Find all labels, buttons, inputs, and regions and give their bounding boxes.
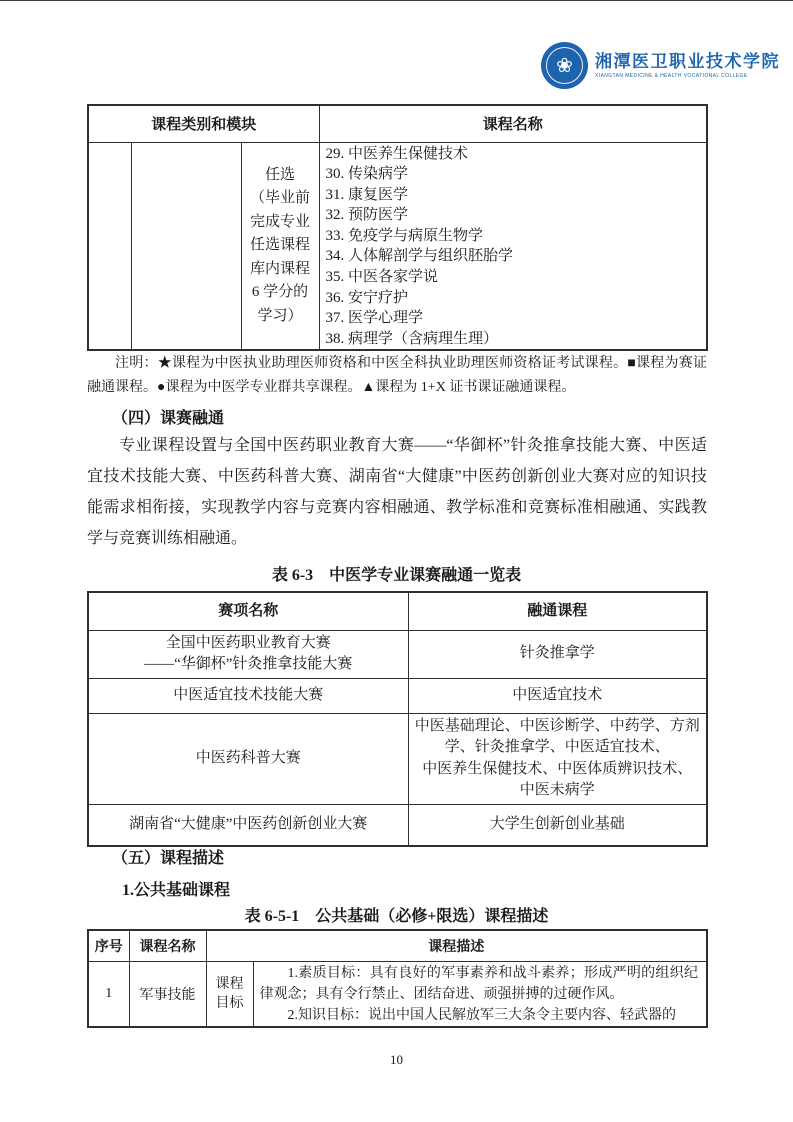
course-item: 32. 预防医学: [326, 205, 703, 226]
table-6-3-wrap: 赛项名称 融通课程 全国中医药职业教育大赛 ——“华御杯”针灸推拿技能大赛 针灸…: [87, 591, 708, 847]
table-row: 中医药科普大赛 中医基础理论、中医诊断学、中药学、方剂 学、针灸推拿学、中医适宜…: [88, 713, 707, 804]
header-event-name: 赛项名称: [88, 592, 408, 630]
table-6-5-1-caption: 表 6-5-1 公共基础（必修+限选）课程描述: [87, 903, 706, 926]
course-cell: 中医基础理论、中医诊断学、中药学、方剂 学、针灸推拿学、中医适宜技术、 中医养生…: [408, 713, 707, 804]
header-course-category: 课程类别和模块: [88, 105, 319, 142]
course-cell: 中医适宜技术: [408, 678, 707, 713]
empty-category-cell: [88, 142, 131, 350]
header-serial: 序号: [88, 930, 129, 961]
course-item: 31. 康复医学: [326, 185, 703, 206]
logo-title: 湘潭医卫职业技术学院: [595, 52, 780, 72]
section-heading-4: （四）课赛融通: [112, 405, 224, 428]
header-course-name: 课程名称: [129, 930, 206, 961]
table-footnote: 注明：★课程为中医执业助理医师资格和中医全科执业助理医师资格证考试课程。■课程为…: [87, 352, 707, 400]
event-cell: 中医适宜技术技能大赛: [88, 678, 408, 713]
course-description-cell: 1.素质目标：具有良好的军事素养和战斗素养；形成严明的组织纪律观念；具有令行禁止…: [253, 961, 707, 1027]
page-top-divider: [0, 0, 793, 1]
empty-module-cell: [131, 142, 241, 350]
course-item: 29. 中医养生保健技术: [326, 144, 703, 165]
course-item: 30. 传染病学: [326, 164, 703, 185]
quality-goal-paragraph: 1.素质目标：具有良好的军事素养和战斗素养；形成严明的组织纪律观念；具有令行禁止…: [260, 963, 699, 1005]
event-cell: 中医药科普大赛: [88, 713, 408, 804]
course-item: 33. 免疫学与病原生物学: [326, 226, 703, 247]
course-target-cell: 课程 目标: [206, 961, 253, 1027]
table-header-row: 序号 课程名称 课程描述: [88, 930, 707, 961]
table-row: 全国中医药职业教育大赛 ——“华御杯”针灸推拿技能大赛 针灸推拿学: [88, 630, 707, 678]
table-row: 湖南省“大健康”中医药创新创业大赛 大学生创新创业基础: [88, 804, 707, 846]
table-row: 中医适宜技术技能大赛 中医适宜技术: [88, 678, 707, 713]
event-cell: 全国中医药职业教育大赛 ——“华御杯”针灸推拿技能大赛: [88, 630, 408, 678]
course-list-cell: 29. 中医养生保健技术 30. 传染病学 31. 康复医学 32. 预防医学 …: [319, 142, 707, 350]
logo-text-block: 湘潭医卫职业技术学院 XIANGTAN MEDICINE & HEALTH VO…: [595, 52, 780, 80]
course-item: 36. 安宁疗护: [326, 288, 703, 309]
header-course-name: 课程名称: [319, 105, 707, 142]
serial-cell: 1: [88, 961, 129, 1027]
table-header-row: 课程类别和模块 课程名称: [88, 105, 707, 142]
lotus-icon: ❀: [556, 56, 573, 76]
table-6-3-caption: 表 6-3 中医学专业课赛融通一览表: [87, 562, 706, 585]
course-item: 37. 医学心理学: [326, 308, 703, 329]
table-6-5-1: 序号 课程名称 课程描述 1 军事技能 课程 目标 1.素质目标：具有良好的军事…: [87, 929, 708, 1028]
section-heading-5: （五）课程描述: [112, 845, 224, 868]
elective-label-cell: 任选 （毕业前 完成专业 任选课程 库内课程 6 学分的 学习）: [241, 142, 319, 350]
document-page: ❀ 湘潭医卫职业技术学院 XIANGTAN MEDICINE & HEALTH …: [0, 0, 793, 1122]
course-item: 35. 中医各家学说: [326, 267, 703, 288]
subsection-heading: 1.公共基础课程: [122, 877, 230, 900]
header-course-description: 课程描述: [206, 930, 707, 961]
course-cell: 针灸推拿学: [408, 630, 707, 678]
header-integrated-course: 融通课程: [408, 592, 707, 630]
page-number: 10: [0, 1052, 793, 1068]
section-4-paragraph: 专业课程设置与全国中医药职业教育大赛——“华御杯”针灸推拿技能大赛、中医适宜技术…: [87, 430, 707, 554]
table-6-5-1-wrap: 序号 课程名称 课程描述 1 军事技能 课程 目标 1.素质目标：具有良好的军事…: [87, 929, 708, 1028]
course-item: 34. 人体解剖学与组织胚胎学: [326, 246, 703, 267]
table-header-row: 赛项名称 融通课程: [88, 592, 707, 630]
logo-subtitle: XIANGTAN MEDICINE & HEALTH VOCATIONAL CO…: [595, 72, 780, 80]
course-name-cell: 军事技能: [129, 961, 206, 1027]
course-module-table: 课程类别和模块 课程名称 任选 （毕业前 完成专业 任选课程 库内课程 6 学分…: [87, 104, 708, 351]
table-body-row: 任选 （毕业前 完成专业 任选课程 库内课程 6 学分的 学习） 29. 中医养…: [88, 142, 707, 350]
course-module-table-wrap: 课程类别和模块 课程名称 任选 （毕业前 完成专业 任选课程 库内课程 6 学分…: [87, 104, 708, 351]
table-row: 1 军事技能 课程 目标 1.素质目标：具有良好的军事素养和战斗素养；形成严明的…: [88, 961, 707, 1027]
school-logo: ❀ 湘潭医卫职业技术学院 XIANGTAN MEDICINE & HEALTH …: [541, 42, 780, 89]
course-cell: 大学生创新创业基础: [408, 804, 707, 846]
flower-emblem-icon: ❀: [541, 42, 588, 89]
knowledge-goal-paragraph: 2.知识目标：说出中国人民解放军三大条令主要内容、轻武器的: [260, 1005, 699, 1026]
course-item: 38. 病理学（含病理生理）: [326, 329, 703, 350]
event-cell: 湖南省“大健康”中医药创新创业大赛: [88, 804, 408, 846]
table-6-3: 赛项名称 融通课程 全国中医药职业教育大赛 ——“华御杯”针灸推拿技能大赛 针灸…: [87, 591, 708, 847]
